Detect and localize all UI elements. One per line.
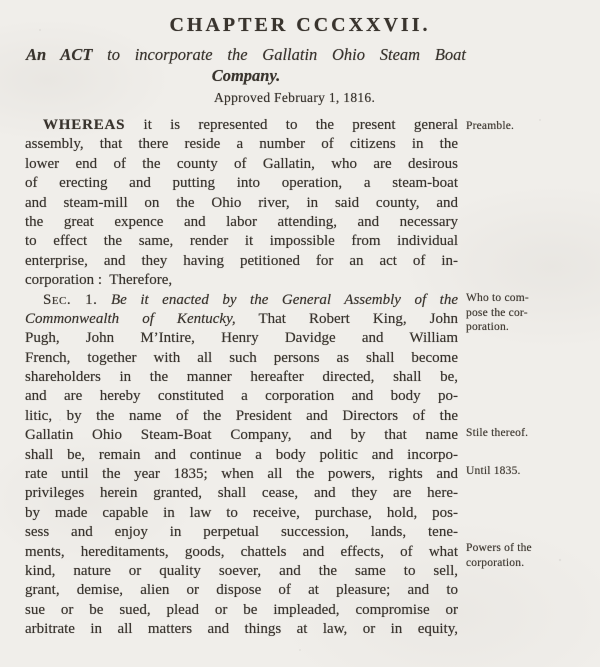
text-line: Pugh, John M’Intire, Henry Davidge and W… <box>25 329 458 348</box>
margin-note-until-1835: Until 1835. <box>466 464 598 479</box>
text-line: litic, by the name of the President and … <box>25 407 458 426</box>
text-line: arbitrate in all matters and things at l… <box>25 620 458 639</box>
text-line: and steam-mill on the Ohio river, in sai… <box>25 194 458 213</box>
text-line: to effect the same, render it impossible… <box>25 232 458 251</box>
text-line: Gallatin Ohio Steam-Boat Company, and by… <box>25 426 458 445</box>
text-line: Commonwealth of Kentucky, That Robert Ki… <box>25 310 458 329</box>
text-line: assembly, that there reside a number of … <box>25 135 458 154</box>
scanned-statute-page: CHAPTER CCCXXVII. An ACT to incorporate … <box>0 0 600 667</box>
text-line: WHEREAS it is represented to the present… <box>25 116 458 135</box>
act-body: WHEREAS it is represented to the present… <box>25 116 458 640</box>
act-title-emphasis: An ACT <box>26 45 92 64</box>
margin-note-stile-thereof: Stile thereof. <box>466 426 598 441</box>
chapter-heading: CHAPTER CCCXXVII. <box>0 14 600 37</box>
text-line: grant, demise, alien or dispose of at pl… <box>25 581 458 600</box>
text-line: the great expence and labor attending, a… <box>25 213 458 232</box>
text-line: French, together with all such persons a… <box>25 349 458 368</box>
text-line: kind, nature or quality soever, and the … <box>25 562 458 581</box>
margin-note-preamble: Preamble. <box>466 119 598 134</box>
text-line: ments, hereditaments, goods, chattels an… <box>25 543 458 562</box>
section-line2-rest: That Robert King, John <box>236 311 458 327</box>
margin-note-who-to-compose: Who to com- pose the cor- poration. <box>466 291 598 335</box>
text-line: by made capable in law to receive, purch… <box>25 504 458 523</box>
text-line: sue or be sued, plead or be impleaded, c… <box>25 601 458 620</box>
text-line: shareholders in the manner hereafter dir… <box>25 368 458 387</box>
text-line: lower end of the county of Gallatin, who… <box>25 155 458 174</box>
text-line: Sec. 1. Be it enacted by the General Ass… <box>25 291 458 310</box>
text-line: and are hereby constituted a corporation… <box>25 387 458 406</box>
section-lead-word: Sec. 1. <box>43 292 97 308</box>
text-line: of erecting and putting into operation, … <box>25 174 458 193</box>
approval-line: Approved February 1, 1816. <box>214 90 375 106</box>
text-line: corporation : Therefore, <box>25 271 458 290</box>
text-line: sess and enjoy in perpetual succession, … <box>25 523 458 542</box>
preamble-line1-rest: it is represented to the present general <box>125 117 458 133</box>
preamble-lead-word: WHEREAS <box>43 117 125 133</box>
act-title-rest: to incorporate the Gallatin Ohio Steam B… <box>92 45 466 64</box>
section-line2-italic: Commonwealth of Kentucky, <box>25 311 236 327</box>
act-title-line2: Company. <box>26 65 466 86</box>
section-line1-italic: Be it enacted by the General Assembly of… <box>97 292 458 308</box>
act-title: An ACT to incorporate the Gallatin Ohio … <box>26 44 466 65</box>
text-line: shall be, remain and continue a body pol… <box>25 446 458 465</box>
text-line: privileges herein granted, shall cease, … <box>25 484 458 503</box>
text-line: enterprise, and they having petitioned f… <box>25 252 458 271</box>
text-line: rate until the year 1835; when all the p… <box>25 465 458 484</box>
margin-note-powers: Powers of the corporation. <box>466 541 598 570</box>
